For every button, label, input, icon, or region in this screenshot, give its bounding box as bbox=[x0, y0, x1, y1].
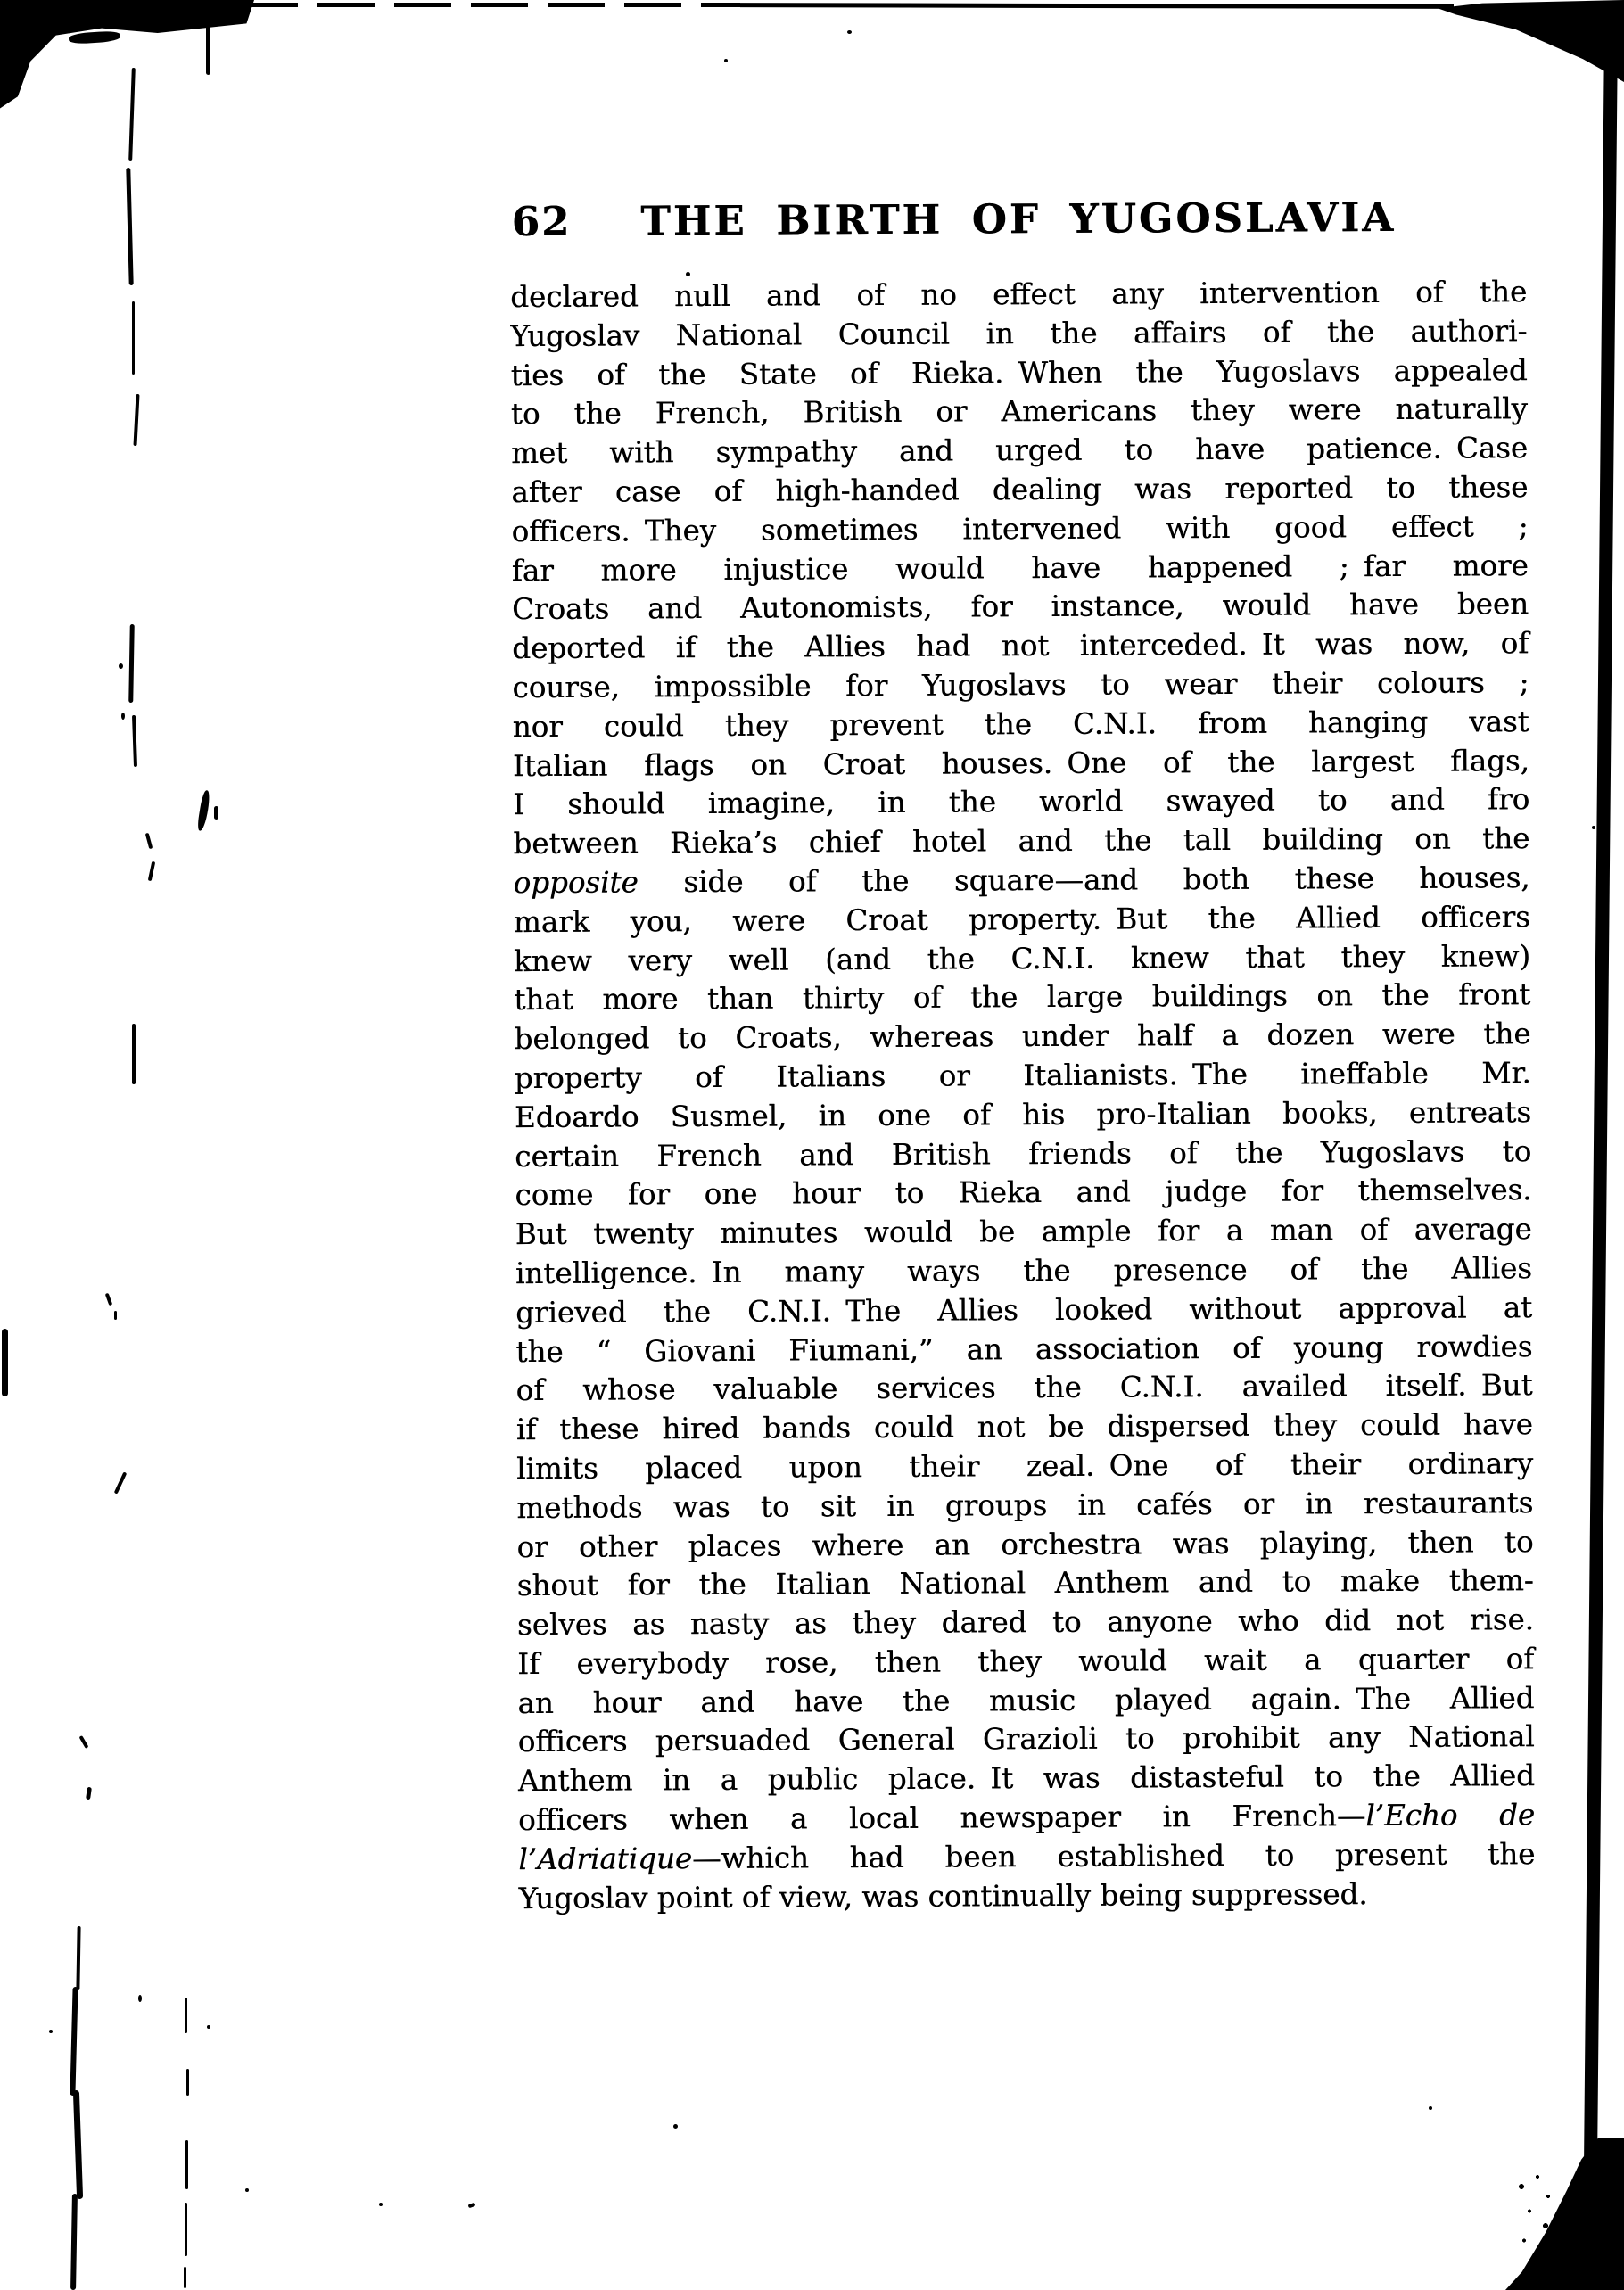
scanned-book-page: 62 THE BIRTH OF YUGOSLAVIA declared null… bbox=[0, 0, 1624, 2290]
text-line: after case of high-handed dealing was re… bbox=[511, 468, 1528, 513]
text-line: between Rieka’s chief hotel and the tall… bbox=[513, 820, 1529, 864]
text-line: mark you, were Croat property. But the A… bbox=[514, 898, 1530, 943]
text-line: if these hired bands could not be disper… bbox=[516, 1405, 1533, 1450]
text-line: selves as nasty as they dared to anyone … bbox=[517, 1601, 1534, 1645]
text-line: officers. They sometimes intervened with… bbox=[511, 507, 1528, 552]
text-line: certain French and British friends of th… bbox=[515, 1133, 1531, 1177]
text-line: of whose valuable services the C.N.I. av… bbox=[515, 1366, 1532, 1411]
text-line: grieved the C.N.I. The Allies looked wit… bbox=[515, 1289, 1532, 1333]
page-number: 62 bbox=[512, 198, 572, 245]
text-line: methods was to sit in groups in cafés or… bbox=[516, 1484, 1533, 1528]
running-header: 62 THE BIRTH OF YUGOSLAVIA bbox=[510, 193, 1527, 248]
text-line: to the French, British or Americans they… bbox=[511, 391, 1528, 435]
text-line: limits placed upon their zeal. One of th… bbox=[516, 1445, 1533, 1489]
text-line: an hour and have the music played again.… bbox=[517, 1679, 1534, 1724]
text-line: knew very well (and the C.N.I. knew that… bbox=[514, 937, 1530, 982]
text-line: I should imagine, in the world swayed to… bbox=[513, 781, 1529, 826]
text-line: intelligence. In many ways the presence … bbox=[515, 1249, 1532, 1294]
running-title: THE BIRTH OF YUGOSLAVIA bbox=[510, 193, 1527, 245]
text-line: deported if the Allies had not intercede… bbox=[512, 624, 1529, 669]
text-line: come for one hour to Rieka and judge for… bbox=[515, 1171, 1531, 1215]
text-line: If everybody rose, then they would wait … bbox=[517, 1640, 1534, 1685]
text-line: Yugoslav point of view, was continually … bbox=[518, 1874, 1535, 1919]
text-line: course, impossible for Yugoslavs to wear… bbox=[512, 663, 1529, 708]
text-line: shout for the Italian National Anthem an… bbox=[517, 1561, 1534, 1606]
text-line: far more injustice would have happened ;… bbox=[512, 547, 1529, 591]
text-line: ties of the State of Rieka. When the Yug… bbox=[511, 351, 1528, 396]
text-line: Anthem in a public place. It was distast… bbox=[518, 1757, 1535, 1801]
text-line: the “ Giovani Fiumani,” an association o… bbox=[515, 1328, 1532, 1372]
text-line: Croats and Autonomists, for instance, wo… bbox=[512, 586, 1529, 630]
text-line: property of Italians or Italianists. The… bbox=[515, 1054, 1531, 1099]
body-text: declared null and of no effect any inter… bbox=[510, 273, 1536, 1918]
text-line: that more than thirty of the large build… bbox=[514, 976, 1530, 1021]
text-line: or other places where an orchestra was p… bbox=[516, 1523, 1533, 1568]
text-line: But twenty minutes would be ample for a … bbox=[515, 1210, 1532, 1255]
text-line: Yugoslav National Council in the affairs… bbox=[510, 312, 1527, 357]
page-content: 62 THE BIRTH OF YUGOSLAVIA declared null… bbox=[0, 0, 1624, 2290]
text-line: l’Adriatique—which had been established … bbox=[518, 1835, 1535, 1880]
text-line: nor could they prevent the C.N.I. from h… bbox=[513, 703, 1529, 747]
text-line: opposite side of the square—and both the… bbox=[514, 859, 1530, 903]
text-line: officers when a local newspaper in Frenc… bbox=[518, 1796, 1535, 1841]
text-line: officers persuaded General Grazioli to p… bbox=[518, 1718, 1535, 1763]
text-line: declared null and of no effect any inter… bbox=[510, 273, 1527, 317]
text-line: met with sympathy and urged to have pati… bbox=[511, 429, 1528, 474]
text-line: belonged to Croats, whereas under half a… bbox=[514, 1015, 1530, 1059]
text-line: Edoardo Susmel, in one of his pro-Italia… bbox=[515, 1093, 1531, 1138]
text-line: Italian flags on Croat houses. One of th… bbox=[513, 742, 1529, 787]
